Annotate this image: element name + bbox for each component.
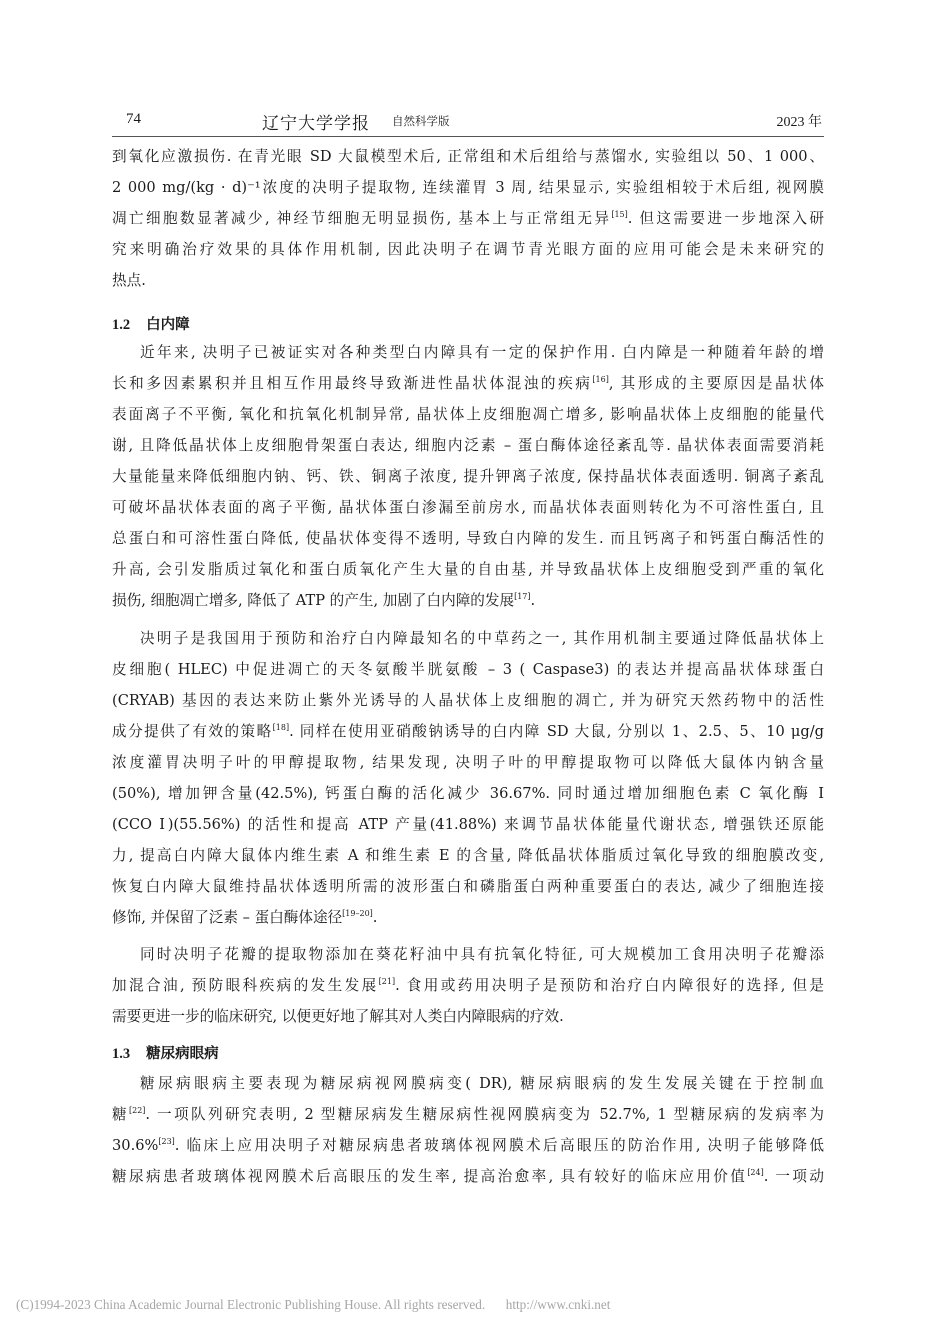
text-line: (CCO Ⅰ)(55.56%) 的活性和提高 ATP 产量(41.88%) 来调… [112, 815, 824, 835]
citation-ref[interactable]: [23] [158, 1137, 174, 1146]
text-line: 加混合油, 预防眼科疾病的发生发展[21]. 食用或药用决明子是预防和治疗白内障… [112, 976, 824, 996]
text-line: 谢, 且降低晶状体上皮细胞骨架蛋白表达, 细胞内泛素 – 蛋白酶体途径紊乱等. … [112, 436, 824, 456]
section-number: 1.3 [112, 1046, 130, 1062]
text-line: 糖尿病眼病主要表现为糖尿病视网膜病变( DR), 糖尿病眼病的发生发展关键在于控… [140, 1074, 824, 1094]
text-line: 同时决明子花瓣的提取物添加在葵花籽油中具有抗氧化特征, 可大规模加工食用决明子花… [140, 945, 824, 965]
section-title: 白内障 [146, 317, 190, 333]
text-line: 需要更进一步的临床研究, 以便更好地了解其对人类白内障眼病的疗效. [112, 1007, 824, 1027]
text-line: 大量能量来降低细胞内钠、钙、铁、铜离子浓度, 提升钾离子浓度, 保持晶状体表面透… [112, 467, 824, 487]
copyright-footer: (C)1994-2023 China Academic Journal Elec… [16, 1297, 610, 1313]
text-line: 近年来, 决明子已被证实对各种类型白内障具有一定的保护作用. 白内障是一种随着年… [140, 343, 824, 363]
text-line: 表面离子不平衡, 氧化和抗氧化机制异常, 晶状体上皮细胞凋亡增多, 影响晶状体上… [112, 405, 824, 425]
text-line: (50%), 增加钾含量(42.5%), 钙蛋白酶的活化减少 36.67%. 同… [112, 784, 824, 804]
citation-ref[interactable]: [22] [129, 1106, 145, 1115]
citation-ref[interactable]: [15] [611, 210, 627, 219]
citation-ref[interactable]: [21] [379, 977, 395, 986]
text-line: 损伤, 细胞凋亡增多, 降低了 ATP 的产生, 加剧了白内障的发展[17]. [112, 591, 824, 611]
text-line: 2 000 mg/(kg · d)⁻¹浓度的决明子提取物, 连续灌胃 3 周, … [112, 178, 824, 198]
text-line: 到氧化应激损伤. 在青光眼 SD 大鼠模型术后, 正常组和术后组给与蒸馏水, 实… [112, 147, 824, 167]
section-number: 1.2 [112, 317, 130, 333]
citation-ref[interactable]: [18] [273, 723, 289, 732]
text-line: 成分提供了有效的策略[18]. 同样在使用亚硝酸钠诱导的白内障 SD 大鼠, 分… [112, 722, 824, 742]
running-header: 74 辽宁大学学报 自然科学版 2023 年 [112, 108, 824, 137]
text-line: 凋亡细胞数显著减少, 神经节细胞无明显损伤, 基本上与正常组无异[15]. 但这… [112, 209, 824, 229]
text-line: 决明子是我国用于预防和治疗白内障最知名的中草药之一, 其作用机制主要通过降低晶状… [140, 629, 824, 649]
text-line: 热点. [112, 271, 824, 291]
section-heading: 1.2白内障 [112, 313, 190, 334]
cnki-link[interactable]: http://www.cnki.net [506, 1297, 611, 1312]
publication-year: 2023 年 [777, 111, 823, 131]
text-line: 皮细胞( HLEC) 中促进凋亡的天冬氨酸半胱氨酸 – 3 ( Caspase3… [112, 660, 824, 680]
journal-title: 辽宁大学学报 [262, 109, 370, 134]
citation-ref[interactable]: [16] [592, 375, 608, 384]
text-line: 浓度灌胃决明子叶的甲醇提取物, 结果发现, 决明子叶的甲醇提取物可以降低大鼠体内… [112, 753, 824, 773]
citation-ref[interactable]: [24] [747, 1168, 763, 1177]
section-title: 糖尿病眼病 [146, 1046, 219, 1062]
citation-ref[interactable]: [19–20] [342, 909, 373, 918]
journal-edition: 自然科学版 [392, 113, 450, 129]
text-line: 总蛋白和可溶性蛋白降低, 使晶状体变得不透明, 导致白内障的发生. 而且钙离子和… [112, 529, 824, 549]
citation-ref[interactable]: [17] [514, 592, 530, 601]
text-line: 恢复白内障大鼠维持晶状体透明所需的波形蛋白和磷脂蛋白两种重要蛋白的表达, 减少了… [112, 877, 824, 897]
text-line: 究来明确治疗效果的具体作用机制, 因此决明子在调节青光眼方面的应用可能会是未来研… [112, 240, 824, 260]
section-heading: 1.3糖尿病眼病 [112, 1042, 219, 1063]
page-number: 74 [126, 111, 141, 128]
text-line: 糖尿病患者玻璃体视网膜术后高眼压的发生率, 提高治愈率, 具有较好的临床应用价值… [112, 1167, 824, 1187]
text-line: 修饰, 并保留了泛素 – 蛋白酶体途径[19–20]. [112, 908, 824, 928]
text-line: 力, 提高白内障大鼠体内维生素 A 和维生素 E 的含量, 降低晶状体脂质过氧化… [112, 846, 824, 866]
text-line: 可破坏晶状体表面的离子平衡, 晶状体蛋白渗漏至前房水, 而晶状体表面则转化为不可… [112, 498, 824, 518]
text-line: 升高, 会引发脂质过氧化和蛋白质氧化产生大量的自由基, 并导致晶状体上皮细胞受到… [112, 560, 824, 580]
copyright-notice: (C)1994-2023 China Academic Journal Elec… [16, 1297, 485, 1312]
text-line: 30.6%[23]. 临床上应用决明子对糖尿病患者玻璃体视网膜术后高眼压的防治作… [112, 1136, 824, 1156]
text-line: (CRYAB) 基因的表达来防止紫外光诱导的人晶状体上皮细胞的凋亡, 并为研究天… [112, 691, 824, 711]
text-line: 糖[22]. 一项队列研究表明, 2 型糖尿病发生糖尿病性视网膜病变为 52.7… [112, 1105, 824, 1125]
text-line: 长和多因素累积并且相互作用最终导致渐进性晶状体混浊的疾病[16], 其形成的主要… [112, 374, 824, 394]
